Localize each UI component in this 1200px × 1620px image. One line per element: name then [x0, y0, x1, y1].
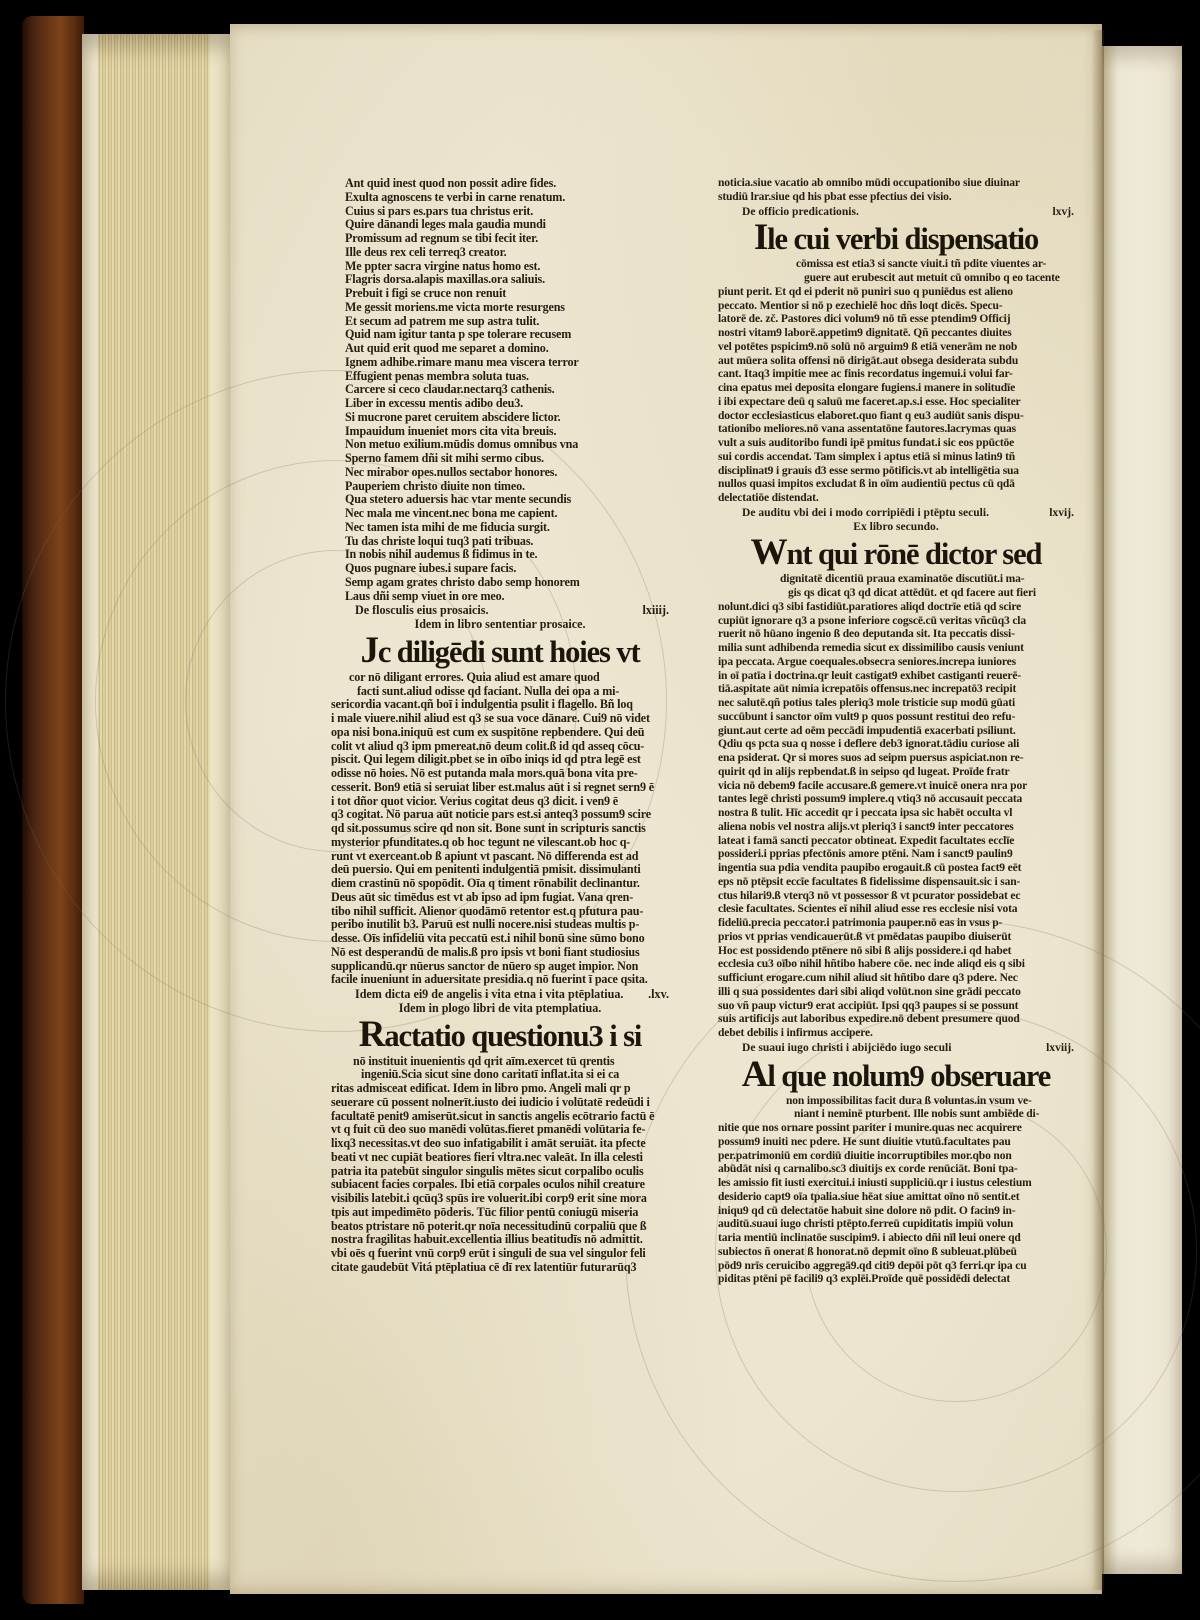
- text-line: desiderio capt9 oīa tpalia.siue hēat siu…: [718, 1191, 1074, 1205]
- text-line: aliena nobis vel nostra alijs.vt pleriq3…: [718, 821, 1074, 835]
- text-line: Flagris dorsa.alapis maxillas.ora saliui…: [345, 273, 669, 287]
- text-line: ingeniū.Scia sicut sine dono caritatī in…: [361, 1068, 669, 1082]
- text-line: i tot dñor quot vicior. Verius cogitat d…: [331, 795, 669, 809]
- text-line: possum9 inuiti nec pdere. He sunt diuiti…: [718, 1136, 1074, 1150]
- text-line: delectatiōe distendat.: [718, 492, 1074, 506]
- text-column-left: Ant quid inest quod non possit adire fid…: [331, 177, 669, 1275]
- folio-number: lxvj.: [1053, 206, 1075, 220]
- text-line: disciplinat9 i grauis d3 esse sermo pōti…: [718, 465, 1074, 479]
- text-line: piditas ptēni pē facili9 q3 explēi.Proīd…: [718, 1273, 1074, 1287]
- chapter-caption: Idem dicta ei9 de angelis i vita etna i …: [331, 988, 669, 1002]
- decorated-initial: A: [742, 1054, 768, 1095]
- text-line: lixq3 necessitas.vt deo suo infatigabili…: [331, 1137, 669, 1151]
- text-line: Non metuo exilium.mūdis domus omnibus vn…: [345, 438, 669, 452]
- text-line: tibo nihil sufficit. Alienor quodāmō ret…: [331, 905, 669, 919]
- chapter-caption: De suaui iugo christi i abijciēdo iugo s…: [718, 1042, 1074, 1056]
- next-page-edge: [1102, 46, 1182, 1574]
- text-line: beatos ptristare nō poterit.qr noīa nece…: [331, 1220, 669, 1234]
- text-line: dignitatē dicentiū praua examinatōe disc…: [780, 573, 1074, 587]
- folio-number: lxiiij.: [642, 604, 669, 618]
- text-line: giunt.aut certe ad oēm peccādi impudenti…: [718, 725, 1074, 739]
- text-line: Quos pugnare iubes.i supare facis.: [345, 562, 669, 576]
- text-line: tationibo meliores.nō vana assentatōne f…: [718, 423, 1074, 437]
- text-line: supplicandū.qr nūerus sanctor de nūero s…: [331, 960, 669, 974]
- text-line: opa nisi bona.iniquū est cum ex suspitōn…: [331, 726, 669, 740]
- text-line: aut mūera solita offensi nō dirigāt.aut …: [718, 355, 1074, 369]
- text-line: prios vt pprias vendicauerūt.ß vt pmēdat…: [718, 931, 1074, 945]
- caption-text: Idem dicta ei9 de angelis i vita etna i …: [355, 988, 623, 1002]
- text-line: les amissio fit iusti exercitui.i iniust…: [718, 1177, 1074, 1191]
- text-line: Effugient penas membra soluta tuas.: [345, 370, 669, 384]
- text-line: nostra ß tulit. Hīc accedit qr i peccata…: [718, 807, 1074, 821]
- chapter-heading: Jc diligēdi sunt hoies vt: [331, 633, 669, 670]
- text-line: gis qs dicat q3 qd dicat attēdūt. et qd …: [788, 587, 1074, 601]
- text-line: milia sunt adhibenda remedia sicut ex di…: [718, 642, 1074, 656]
- text-line: facultatē penit9 amiserūt.sicut in sanct…: [331, 1110, 669, 1124]
- text-line: Nec mala me vincent.nec bona me capient.: [345, 507, 669, 521]
- text-line: odisse nō hoies. Nō est putanda mala mor…: [331, 767, 669, 781]
- text-line: guere aut erubescit aut metuit cū omnibo…: [804, 272, 1074, 286]
- text-line: sufficiunt erogare.cum nihil aliud sit h…: [718, 972, 1074, 986]
- text-line: deū puersio. Qui em penitenti indulgenti…: [331, 863, 669, 877]
- chapter-caption: De flosculis eius prosaicis.lxiiij.: [331, 604, 669, 618]
- text-line: nostra fragilitas habuit.excellentia ill…: [331, 1233, 669, 1247]
- text-line: fideliū.precia peccator.i patrimonia pau…: [718, 917, 1074, 931]
- text-line: ipa peccata. Argue coequales.obsecra sen…: [718, 656, 1074, 670]
- text-line: Impauidum inueniet mors cita vita breuis…: [345, 425, 669, 439]
- text-line: abūdāt nisi q carnalibo.sc3 diuitijs ex …: [718, 1163, 1074, 1177]
- text-line: peccato. Mentior si nō p ezechielē hoc d…: [718, 300, 1074, 314]
- text-line: cant. Itaq3 impitie mee ac finis recorda…: [718, 368, 1074, 382]
- chapter-caption: De officio predicationis.lxvj.: [718, 206, 1074, 220]
- text-line: Ille deus rex celi terreq3 creator.: [345, 246, 669, 260]
- text-line: nolunt.dici q3 sibi fastidiūt.paratiores…: [718, 601, 1074, 615]
- text-line: lateat i famā sancti peccator obtineat. …: [718, 835, 1074, 849]
- text-line: tpis aut impedimēto pōderis. Tūc filior …: [331, 1206, 669, 1220]
- text-line: ingentia sua pdia vendita paupibo erogau…: [718, 862, 1074, 876]
- text-line: q3 cogitat. Nō parua aūt noticie pars es…: [331, 808, 669, 822]
- text-line: Laus dñi semp viuet in ore meo.: [345, 590, 669, 604]
- text-line: cina epatus mei deposita elongare fugien…: [718, 382, 1074, 396]
- text-line: per.patrimoniū em cordiū diuitie incorru…: [718, 1150, 1074, 1164]
- text-line: ctus hilari9.ß vterq3 nō vt possessor ß …: [718, 890, 1074, 904]
- text-line: Exulta agnoscens te verbi in carne renat…: [345, 191, 669, 205]
- source-caption: Idem in libro sententiar prosaice.: [331, 618, 669, 632]
- text-line: taria mentiū inclinatōe suscipim9. i abi…: [718, 1232, 1074, 1246]
- text-line: sui cordis accendat. Tam simplex i aptus…: [718, 451, 1074, 465]
- text-line: citate gaudebūt Vitá ptēplatiua cē dī re…: [331, 1261, 669, 1275]
- text-line: doctor ecclesiasticus elaboret.quo fiant…: [718, 410, 1074, 424]
- text-line: Pauperiem christo diuite non timeo.: [345, 480, 669, 494]
- text-line: non impossibilitas facit dura ß voluntas…: [786, 1095, 1074, 1109]
- text-line: colit vt aliud q3 ipm pmereat.nō deum co…: [331, 740, 669, 754]
- text-line: succūbunt i sanctor oīm vult9 p quos pos…: [718, 711, 1074, 725]
- text-line: Nec tamen ista mihi de me fiducia surgit…: [345, 521, 669, 535]
- text-line: seuerare cū possent nolnerīt.iusto dei i…: [331, 1096, 669, 1110]
- folio-number: lxviij.: [1046, 1042, 1074, 1056]
- text-line: Et secum ad patrem me sup astra tulit.: [345, 315, 669, 329]
- text-line: latorē de. zč. Pastores dici volum9 nō t…: [718, 313, 1074, 327]
- text-line: nō instituit inuenientis qd qrit aīm.exe…: [353, 1055, 669, 1069]
- chapter-caption: De auditu vbi dei i modo corripiēdi i pt…: [718, 507, 1074, 521]
- caption-text: De flosculis eius prosaicis.: [355, 604, 489, 618]
- text-line: vt q fuit cū deo suo manēdi volūtas.fier…: [331, 1123, 669, 1137]
- text-line: Si mucrone paret ceruitem abscidere lict…: [345, 411, 669, 425]
- text-line: diem crastinū nō spopōdit. Oīa q timent …: [331, 877, 669, 891]
- text-line: nitie que nos ornare possint pariter i m…: [718, 1122, 1074, 1136]
- text-line: Qua stetero aduersis hac vtar mente secu…: [345, 493, 669, 507]
- text-line: ena psiderat. Qr si mores suos ad seipm …: [718, 752, 1074, 766]
- chapter-heading: Wnt qui rōnē dictor sed: [718, 535, 1074, 572]
- text-line: i male viuere.nihil aliud est q3 se sua …: [331, 712, 669, 726]
- decorated-initial: J: [360, 630, 377, 671]
- chapter-heading: Al que nolum9 obseruare: [718, 1057, 1074, 1094]
- text-line: Hoc est possidendo ptēnere nō sibi ß ali…: [718, 945, 1074, 959]
- folio-number: lxvij.: [1049, 507, 1074, 521]
- text-line: runt vt exerceant.ob ß apiunt vt pascant…: [331, 850, 669, 864]
- text-line: debet debilis i infirmus accipere.: [718, 1027, 1074, 1041]
- text-line: i ibi expectare deū q saluū me faceret.a…: [718, 396, 1074, 410]
- text-line: cor nō diligant errores. Quia aliud est …: [349, 671, 669, 685]
- decorated-initial: R: [359, 1014, 385, 1055]
- text-line: auditū.suaui iugo christi ptēpto.ferreū …: [718, 1218, 1074, 1232]
- text-line: beati vt nec cupiāt beatiores fieri vltr…: [331, 1151, 669, 1165]
- text-line: subiacent facies corpales. Ibi etiā corp…: [331, 1178, 669, 1192]
- chapter-heading: Ractatio questionu3 i si: [331, 1017, 669, 1054]
- text-line: Qdiu qs pcta sua q nosse i deflere deb3 …: [718, 738, 1074, 752]
- text-line: suo vñ paup victur9 erat accipiūt. Ipsi …: [718, 1000, 1074, 1014]
- text-line: suis artificijs aut laboribus expedire.n…: [718, 1013, 1074, 1027]
- leather-binding: [22, 16, 84, 1604]
- text-line: In nobis nihil audemus ß fidimus in te.: [345, 548, 669, 562]
- text-line: pōd9 nrīs ceruicibo aggregā9.qd citi9 de…: [718, 1260, 1074, 1274]
- text-line: desse. Oīs infideliū vita peccatū est.i …: [331, 932, 669, 946]
- decorated-initial: W: [751, 532, 787, 573]
- text-line: Sperno famem dñi sit mihi sermo cibus.: [345, 452, 669, 466]
- text-line: piscit. Qui legem diligit.pbet se in oīb…: [331, 753, 669, 767]
- decorated-initial: I: [754, 217, 767, 258]
- chapter-heading: Ile cui verbi dispensatio: [718, 220, 1074, 257]
- text-line: vel potētes pspicim9.nō solū nō arguim9 …: [718, 341, 1074, 355]
- text-line: peribo inutilit b3. Paruū est nulli noce…: [331, 918, 669, 932]
- folio-number: .lxv.: [648, 988, 669, 1002]
- text-line: Prebuit i figi se cruce non renuit: [345, 287, 669, 301]
- text-line: Carcere si ceco claudar.nectarq3 catheni…: [345, 383, 669, 397]
- text-line: Promissum ad regnum se tibi fecit iter.: [345, 232, 669, 246]
- text-line: subiectos ñ onerat ß honorat.nō depmit o…: [718, 1246, 1074, 1260]
- text-line: iniqu9 qd cū delectatōe habuit sine dolo…: [718, 1205, 1074, 1219]
- text-line: Me ppter sacra virgine natus homo est.: [345, 260, 669, 274]
- text-line: Semp agam grates christo dabo semp honor…: [345, 576, 669, 590]
- text-line: quirit qd in alijs repbendat.ß in seipso…: [718, 766, 1074, 780]
- page-fold-shadow: [1092, 30, 1104, 1590]
- book-photo: Ant quid inest quod non possit adire fid…: [0, 0, 1200, 1620]
- text-line: visibilis latebit.i qcūq3 spūs ire volue…: [331, 1192, 669, 1206]
- text-line: facile inueniunt in aduersitate presidia…: [331, 973, 669, 987]
- text-line: ecclesia cu3 oībo nihil hñtibo habere cō…: [718, 958, 1074, 972]
- text-line: ruerit nō hūano ingenio ß deo deputanda …: [718, 628, 1074, 642]
- text-line: Quid nam igitur tanta p spe tolerare rec…: [345, 328, 669, 342]
- text-line: eps nō ptēpsit eccīe facultates ß fideli…: [718, 876, 1074, 890]
- text-line: nullos quasi impitos excludat ß in oīm a…: [718, 478, 1074, 492]
- text-line: Cuius si pars es.pars tua christus erit.: [345, 205, 669, 219]
- text-line: Aut quid erit quod me separet a domino.: [345, 342, 669, 356]
- text-line: cōmissa est etia3 si sancte viuit.i tñ p…: [796, 258, 1074, 272]
- text-line: clesie facultates. Scientes eī nihil ali…: [718, 903, 1074, 917]
- text-line: sericordia vacant.qñ boī i indulgentia p…: [331, 698, 669, 712]
- text-line: studiū lrar.siue qd his pbat esse pfecti…: [718, 191, 1074, 205]
- text-line: cupiūt ignorare q3 a psone inferiore cog…: [718, 615, 1074, 629]
- text-line: Deus aūt sic timēdus est vt ab ipso ad i…: [331, 891, 669, 905]
- text-line: vbi oēs q fuerint vnū corp9 erūt i singu…: [331, 1247, 669, 1261]
- caption-text: De auditu vbi dei i modo corripiēdi i pt…: [742, 507, 989, 521]
- text-line: ritas admisceat edificat. Idem in libro …: [331, 1082, 669, 1096]
- text-line: Nec mirabor opes.nullos sectabor honores…: [345, 466, 669, 480]
- text-line: cesserit. Bon9 etiā si seruiat liber est…: [331, 781, 669, 795]
- text-line: Tu das christe loqui tuq3 pati tribuas.: [345, 535, 669, 549]
- text-line: tiā.aspitate aūt nimia icrepatōis offens…: [718, 683, 1074, 697]
- text-line: Nō est desperandū de malis.ß pro ipsis v…: [331, 946, 669, 960]
- text-line: in oī patīa i doctrina.qr leuit castigat…: [718, 670, 1074, 684]
- text-line: vult a suis auditoribo fundi ipē pmitus …: [718, 437, 1074, 451]
- text-line: noticia.siue vacatio ab omnibo mūdi occu…: [718, 177, 1074, 191]
- text-line: Liber in excessu mentis adibo deu3.: [345, 397, 669, 411]
- text-line: vicia nō debem9 facile accusare.ß gemere…: [718, 780, 1074, 794]
- text-line: Me gessit moriens.me victa morte resurge…: [345, 301, 669, 315]
- text-line: nec salutē.qñ potius tales pleriq3 mole …: [718, 697, 1074, 711]
- text-line: Ignem adhibe.rimare manu mea viscera ter…: [345, 356, 669, 370]
- text-line: illi q sua possidentes dari sibi aliqd v…: [718, 986, 1074, 1000]
- text-line: tantes legē christi possum9 implere.q vt…: [718, 793, 1074, 807]
- text-line: nostri vitam9 laborē.appetim9 dignitatē.…: [718, 327, 1074, 341]
- text-line: Quire dānandi leges mala gaudia mundi: [345, 218, 669, 232]
- text-line: piunt perit. Et qd ei pderit nō puniri s…: [718, 286, 1074, 300]
- caption-text: De suaui iugo christi i abijciēdo iugo s…: [742, 1042, 951, 1056]
- text-line: patria ita patebūt singulor singulis mēt…: [331, 1165, 669, 1179]
- text-line: possideri.i pprias pfectōnis amore ptēni…: [718, 848, 1074, 862]
- text-column-right: noticia.siue vacatio ab omnibo mūdi occu…: [718, 177, 1074, 1287]
- text-line: facti sunt.aliud odisse qd faciant. Null…: [357, 685, 669, 699]
- text-line: mysterior pfunditates.q ob hoc tegunt ne…: [331, 836, 669, 850]
- text-line: niant i neminē pturbent. Ille nobis sunt…: [794, 1108, 1074, 1122]
- text-line: qd sit.possumus scire qd non sit. Bone s…: [331, 822, 669, 836]
- fanned-page-edges: [82, 34, 232, 1590]
- text-line: Ant quid inest quod non possit adire fid…: [345, 177, 669, 191]
